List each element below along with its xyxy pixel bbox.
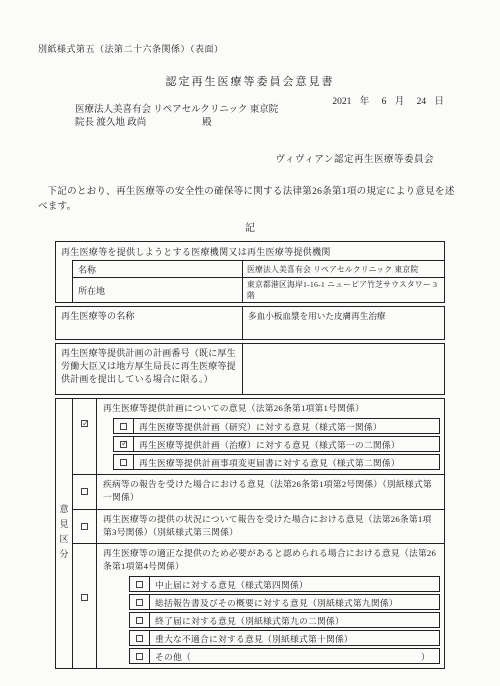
opinion-item-noncompliance-checkbox[interactable] — [136, 635, 143, 642]
opinion-groups: 再生医療等提供計画についての意見（法第26条第1項第1号関係） 再生医療等提供計… — [73, 399, 444, 668]
opinion-group-proper-provision-content: 再生医療等の適正な提供のため必要があると認められる場合における意見（法第26条第… — [97, 544, 444, 668]
opinion-item-change-checkcell — [114, 455, 134, 469]
opinion-item-research-label: 再生医療等提供計画（研究）に対する意見（様式第一関係） — [134, 419, 439, 433]
recipient-block: 医療法人美喜有会 リペアセルクリニック 東京院 院長 渡久地 政尚 殿 — [75, 104, 278, 131]
record-heading: 記 — [0, 219, 500, 234]
opinion-group-proper-provision: 再生医療等の適正な提供のため必要があると認められる場合における意見（法第26条第… — [73, 543, 444, 668]
opinion-item-other-checkbox[interactable] — [136, 653, 143, 660]
provider-address-label: 所在地 — [73, 278, 243, 302]
date-day-label: 日 — [434, 97, 444, 107]
opinion-group-proper-provision-checkbox[interactable] — [81, 594, 88, 601]
opinion-item-noncompliance-label: 重大な不適合に対する意見（別紙様式第十関係） — [150, 631, 439, 645]
document-page: 別紙様式第五（法第二十六条関係）（表面） 認定再生医療等委員会意見書 2021 … — [0, 0, 500, 686]
opinion-item-discontinuation-checkbox[interactable] — [136, 581, 143, 588]
opinion-group-status-report-content: 再生医療等の提供の状況について報告を受けた場合における意見（法第26条第1項第3… — [97, 510, 444, 543]
opinion-item-other-checkcell — [130, 649, 150, 663]
opinion-group-disease-report-checkcell — [73, 475, 97, 508]
date-month-label: 月 — [395, 97, 405, 107]
provider-name-label: 名称 — [73, 261, 243, 277]
opinion-group-plan-checkcell — [73, 399, 97, 474]
provider-address-row: 所在地 東京都港区海岸1-16-1 ニューピア竹芝サウスタワー 3階 — [72, 277, 444, 302]
committee-name: ヴィヴィアン認定再生医療等委員会 — [276, 151, 434, 165]
opinion-item-discontinuation-label: 中止届に対する意見（様式第四関係） — [150, 577, 439, 591]
page-title: 認定再生医療等委員会意見書 — [0, 73, 500, 89]
opinion-item-completion-label: 終了届に対する意見（別紙様式第九の二関係） — [150, 613, 439, 627]
date-month: 6 — [382, 97, 387, 107]
opinion-item-noncompliance: 重大な不適合に対する意見（別紙様式第十関係） — [129, 630, 440, 646]
opinion-item-other-text: その他（ — [155, 650, 191, 663]
treatment-name-label: 再生医療等の名称 — [56, 307, 243, 339]
opinion-item-treatment-checkcell — [114, 437, 134, 451]
recipient-director: 院長 渡久地 政尚 — [75, 117, 146, 130]
opinion-item-noncompliance-checkcell — [130, 631, 150, 645]
provider-section: 再生医療等を提供しようとする医療機関又は再生医療等提供機関 名称 医療法人美喜有… — [55, 241, 445, 303]
plan-number-value — [243, 344, 444, 394]
opinion-group-plan: 再生医療等提供計画についての意見（法第26条第1項第1号関係） 再生医療等提供計… — [73, 399, 444, 474]
opinion-group-plan-content: 再生医療等提供計画についての意見（法第26条第1項第1号関係） 再生医療等提供計… — [97, 399, 444, 474]
opinion-item-change-label: 再生医療等提供計画事項変更届書に対する意見（様式第二関係） — [134, 455, 439, 469]
date-line: 2021 年 6 月 24 日 — [332, 93, 444, 107]
opinion-group-disease-report-content: 疾病等の報告を受けた場合における意見（法第26条第1項第2号関係）（別紙様式第一… — [97, 475, 444, 508]
opinion-item-discontinuation-checkcell — [130, 577, 150, 591]
date-year: 2021 — [332, 97, 351, 107]
opinion-item-treatment-checkbox[interactable] — [120, 441, 127, 448]
opinion-item-research-checkcell — [114, 419, 134, 433]
opinion-item-research-checkbox[interactable] — [120, 423, 127, 430]
plan-number-label: 再生医療等提供計画の計画番号（既に厚生労働大臣又は地方厚生局長に再生医療等提供計… — [56, 344, 243, 394]
opinion-item-summary-report: 総括報告書及びその概要に対する意見（別紙様式第九関係） — [129, 594, 440, 610]
opinion-item-completion: 終了届に対する意見（別紙様式第九の二関係） — [129, 612, 440, 628]
treatment-name-row: 再生医療等の名称 多血小板血漿を用いた皮膚再生治療 — [55, 306, 445, 340]
opinion-item-summary-report-checkbox[interactable] — [136, 599, 143, 606]
opinion-item-treatment: 再生医療等提供計画（治療）に対する意見（様式第一の二関係） — [113, 436, 440, 452]
recipient-honorific: 殿 — [202, 117, 212, 130]
opinion-group-status-report: 再生医療等の提供の状況について報告を受けた場合における意見（法第26条第1項第3… — [73, 509, 444, 543]
intro-paragraph: 下記のとおり、再生医療等の安全性の確保等に関する法律第26条第1項の規定により意… — [38, 185, 464, 214]
opinion-item-other-suffix: ） — [421, 650, 434, 663]
opinion-group-disease-report-checkbox[interactable] — [81, 488, 88, 495]
opinion-group-disease-report-header: 疾病等の報告を受けた場合における意見（法第26条第1項第2号関係）（別紙様式第一… — [101, 477, 441, 505]
opinion-group-disease-report: 疾病等の報告を受けた場合における意見（法第26条第1項第2号関係）（別紙様式第一… — [73, 474, 444, 508]
date-year-label: 年 — [360, 97, 370, 107]
opinion-group-status-report-header: 再生医療等の提供の状況について報告を受けた場合における意見（法第26条第1項第3… — [101, 512, 441, 540]
form-code: 別紙様式第五（法第二十六条関係）（表面） — [38, 42, 224, 55]
opinion-group-proper-provision-header: 再生医療等の適正な提供のため必要があると認められる場合における意見（法第26条第… — [101, 546, 441, 574]
opinion-item-change: 再生医療等提供計画事項変更届書に対する意見（様式第二関係） — [113, 454, 440, 470]
opinion-group-status-report-checkcell — [73, 510, 97, 543]
opinion-side-label: 意見区分 — [56, 399, 73, 668]
provider-address-value: 東京都港区海岸1-16-1 ニューピア竹芝サウスタワー 3階 — [243, 278, 444, 302]
opinion-group-proper-provision-checkcell — [73, 544, 97, 668]
form-table: 再生医療等を提供しようとする医療機関又は再生医療等提供機関 名称 医療法人美喜有… — [55, 241, 445, 672]
opinion-item-other-label: その他（ ） — [150, 649, 439, 663]
opinion-group-status-report-checkbox[interactable] — [81, 523, 88, 530]
opinion-item-discontinuation: 中止届に対する意見（様式第四関係） — [129, 576, 440, 592]
opinion-item-summary-report-checkcell — [130, 595, 150, 609]
opinion-item-completion-checkcell — [130, 613, 150, 627]
treatment-name-value: 多血小板血漿を用いた皮膚再生治療 — [243, 307, 444, 339]
opinion-item-change-checkbox[interactable] — [120, 459, 127, 466]
opinion-group-plan-header: 再生医療等提供計画についての意見（法第26条第1項第1号関係） — [101, 401, 441, 416]
opinion-item-treatment-label: 再生医療等提供計画（治療）に対する意見（様式第一の二関係） — [134, 437, 439, 451]
provider-section-header: 再生医療等を提供しようとする医療機関又は再生医療等提供機関 — [56, 242, 444, 260]
plan-number-row: 再生医療等提供計画の計画番号（既に厚生労働大臣又は地方厚生局長に再生医療等提供計… — [55, 343, 445, 395]
opinion-group-plan-items: 再生医療等提供計画（研究）に対する意見（様式第一関係） 再生医療等提供計画（治療… — [113, 418, 440, 470]
opinion-group-plan-checkbox[interactable] — [81, 420, 88, 427]
opinion-section: 意見区分 再生医療等提供計画についての意見（法第26条第1項第1号関係） — [55, 398, 445, 669]
provider-subtable: 名称 医療法人美喜有会 リペアセルクリニック 東京院 所在地 東京都港区海岸1-… — [72, 260, 444, 302]
opinion-item-other: その他（ ） — [129, 648, 440, 664]
opinion-item-completion-checkbox[interactable] — [136, 617, 143, 624]
opinion-item-research: 再生医療等提供計画（研究）に対する意見（様式第一関係） — [113, 418, 440, 434]
provider-name-row: 名称 医療法人美喜有会 リペアセルクリニック 東京院 — [72, 260, 444, 277]
provider-name-value: 医療法人美喜有会 リペアセルクリニック 東京院 — [243, 261, 444, 277]
recipient-clinic: 医療法人美喜有会 リペアセルクリニック 東京院 — [75, 104, 278, 117]
opinion-group-proper-provision-items: 中止届に対する意見（様式第四関係） 総括報告書及びその概要に対する意見（別紙様式… — [129, 576, 440, 664]
opinion-item-summary-report-label: 総括報告書及びその概要に対する意見（別紙様式第九関係） — [150, 595, 439, 609]
date-day: 24 — [417, 97, 427, 107]
